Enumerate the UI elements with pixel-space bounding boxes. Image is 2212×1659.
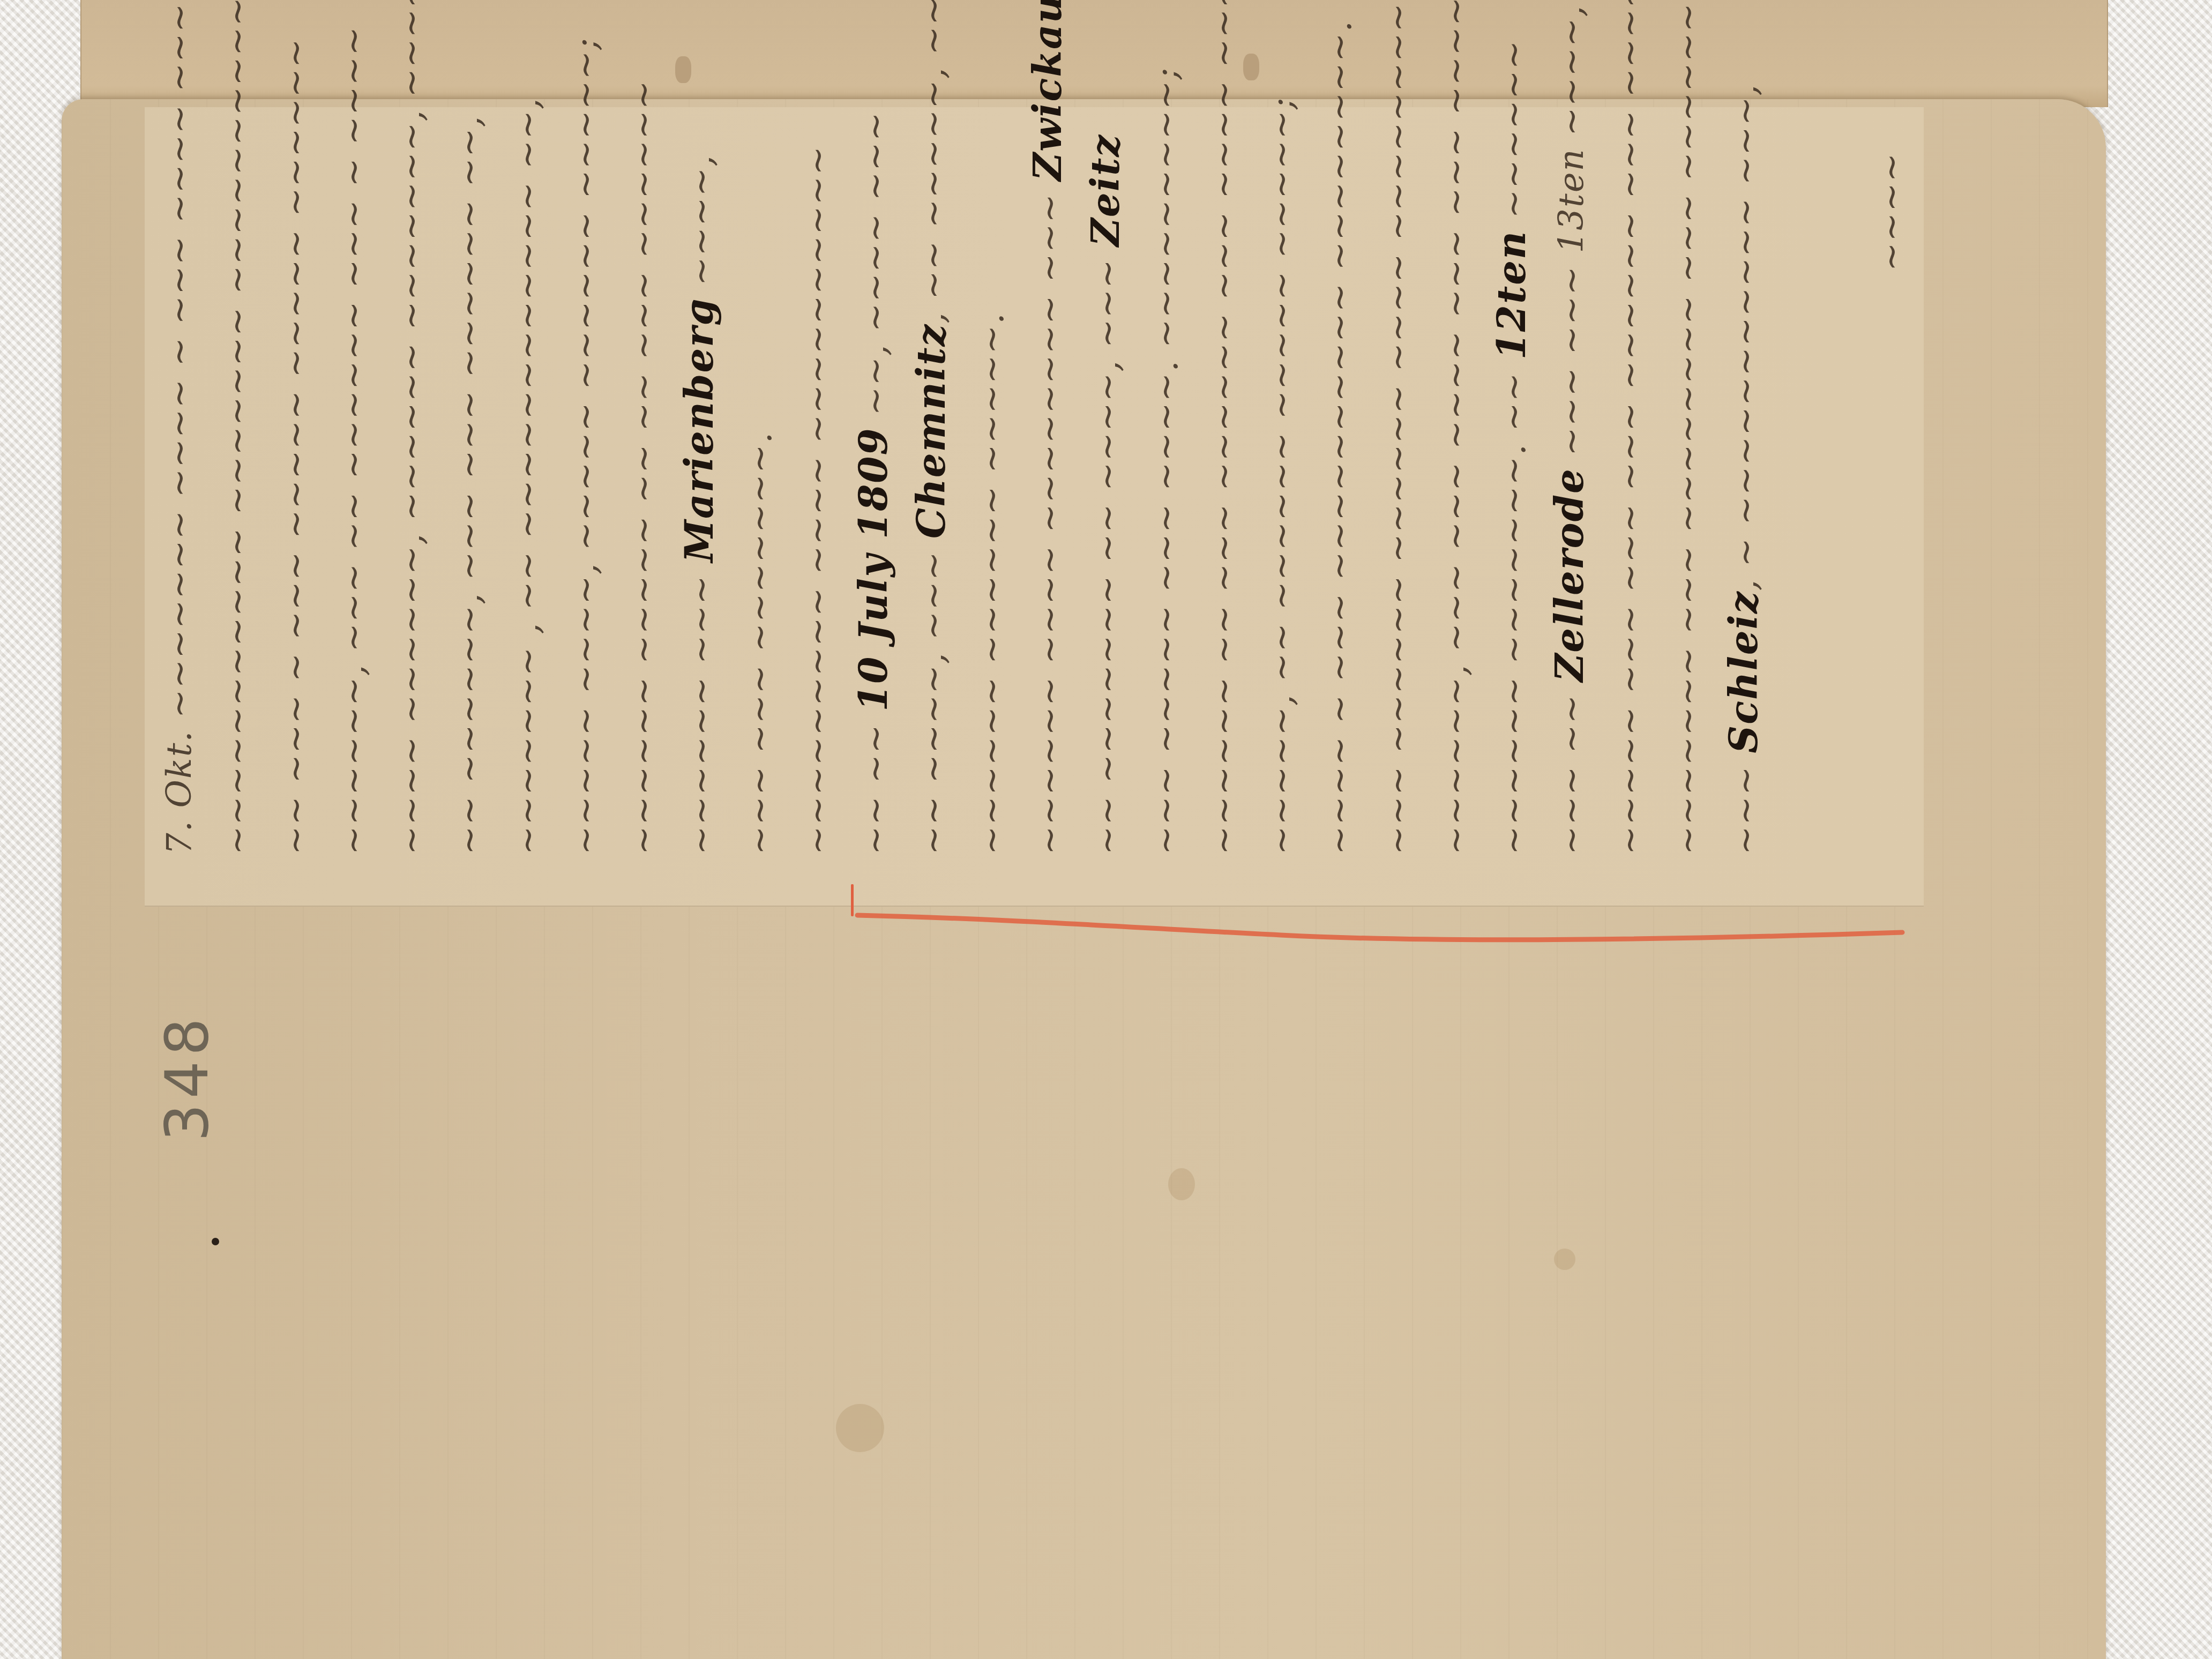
text-line: ~~~~~~ ~~~~~~ ~~~~~. xyxy=(962,118,1016,900)
page-number: 348 xyxy=(121,997,185,1141)
paper-stain xyxy=(1554,1249,1575,1270)
text-line: ~~ ~~~~~~, ~~~ ~~~ ~~~~~~ ~~, xyxy=(440,118,494,900)
red-pencil-underline xyxy=(852,911,1918,943)
text-line: ~~ ~~~ ~ ~~~ ~~~~~ ~~~~~ ~~~~~~ xyxy=(266,118,320,900)
text-line-catchword: ~~~~ xyxy=(1865,118,1918,900)
text-line: ~~~~~~~ , ~~ ~~~~~~~~~~~~ ~~, xyxy=(498,118,552,900)
text-line: ~~~~~~ ~~~ Marienberg ~~~~, xyxy=(672,118,726,900)
text-line: ~~~~~~~ ~~~ ~~~~~~~~ ~~~ ~~~~~~ xyxy=(1658,118,1712,900)
text-line: ~~~ Schleiz, ~ ~~~~~~~~~~~ ~~~, xyxy=(1716,118,1770,900)
date-10-july-1809: 10 July 1809 xyxy=(850,427,896,711)
place-name-schleiz: Schleiz xyxy=(1721,591,1766,753)
text-line: ~~~~~ ~~~ ~~~ ~~~ ~~~~~~ ~~~ ~~~~ xyxy=(1601,118,1654,900)
paper-stain xyxy=(1168,1168,1195,1200)
text-line: ~~~~~~ ~~~~~~~. ~~ 12ten ~~~~~~ xyxy=(1484,118,1538,900)
text-line: ~~~~~, ~~ ~~~~~~ ~~~~~ ~~~~~; xyxy=(1252,118,1306,900)
place-name-chemnitz: Chemnitz xyxy=(908,324,954,539)
place-name-marienberg: Marienberg xyxy=(676,297,722,562)
paper-fold-mark xyxy=(1243,54,1259,80)
text-line: ~~ ~~~~~~~ ~~ ~~~~, ~~~ Zeitz xyxy=(1078,118,1132,900)
handwritten-text-block: 7. Okt. ~~~~~~~ ~~~~ ~ ~~~ ~~~~ ~~~~ ~~~… xyxy=(150,118,1918,900)
text-line: ~~~~~ ~~~~, ~~~~~ ~~~~~~ ~~~~~; xyxy=(556,118,610,900)
text-line: ~~~~~~~~~~~ ~~~~~~~ ~~~~~~~~~~~ xyxy=(208,118,261,900)
text-line: ~~~ ~~~ ~~~~~~~. xyxy=(730,118,784,900)
text-line: ~~~~~~ ~~ ~~~ ~~~~~~ ~~~ ~~~~ ~~~, xyxy=(1194,118,1248,900)
text-line: ~~~~~~ ~~~~~ ~~ ~~ ~~~ ~~~~~~ xyxy=(614,118,668,900)
date-12ten: 12ten xyxy=(1489,230,1534,360)
paper-stain xyxy=(836,1404,884,1452)
text-line: ~~~~~~~~~ ~~~~ ~~~~~~~~~~ xyxy=(788,118,842,900)
text-line: ~~~~ ~ ~~~ ~~~~~~~~~~ ~~~~~~~~. xyxy=(1310,118,1364,900)
ink-dot xyxy=(212,1238,219,1245)
text-line: ~~~~~~ ~~~~ ~~~~~~~~ ~~~ Zwickau, xyxy=(1020,118,1074,900)
text-line: ~~ ~~ 10 July 1809 ~~, ~~~~ ~~~ xyxy=(846,118,900,900)
text-line: ~~ ~~~~, ~~~ Chemnitz, ~~ ~~~~~, ~~~ xyxy=(904,118,958,900)
back-page-flap xyxy=(80,0,2108,107)
text-line: ~~~~~~, ~~~ ~~~ ~~~~ ~~~ ~~~ ~~~~ xyxy=(1426,118,1480,900)
text-line: ~~~ ~~~~~~ ~~~~~~ ~~~~ ~~~~~~~~~, xyxy=(1369,118,1422,900)
text-line: ~~~~~~, ~~~ ~~ ~~~~~~ ~~~ ~ ~~~~ xyxy=(324,118,378,900)
text-line: ~~~ ~~~~~ ~~~ ~~~~. ~~~~~~~~~; xyxy=(1137,118,1190,900)
text-line: 7. Okt. ~~~~~~~ ~~~~ ~ ~~~ ~~~~ ~~~~ xyxy=(150,118,204,900)
text-line: ~~~~ ~~~~~~, ~~~~~~ ~~~~~~~, ~~~~ xyxy=(382,118,436,900)
text-line: ~~~ ~~ Zellerode ~~~ ~~~ 13ten ~~~~, xyxy=(1542,118,1596,900)
place-name-zwickau: Zwickau xyxy=(1024,0,1070,181)
paper-fold-mark xyxy=(675,56,691,83)
place-name-zellerode: Zellerode xyxy=(1546,468,1592,682)
text-line xyxy=(1774,118,1828,900)
place-name-zeitz: Zeitz xyxy=(1082,134,1128,246)
